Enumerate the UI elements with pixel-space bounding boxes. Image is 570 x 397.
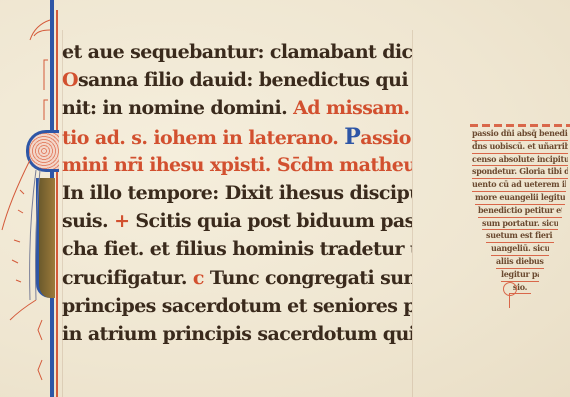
rubric-segment: Ad missam. Sta bbox=[287, 97, 412, 119]
gloss-line: sum portatur. sicut cō bbox=[482, 218, 558, 231]
text-line: Osanna filio dauid: benedictus qui ue bbox=[62, 66, 412, 94]
gloss-line: uento cū ad ueterem illam q̄ bbox=[472, 179, 566, 192]
rubric-initial: O bbox=[62, 69, 78, 91]
red-border-vine bbox=[56, 10, 58, 397]
ruling-line bbox=[412, 30, 413, 397]
text-segment: Tunc congregati sunt bbox=[210, 267, 412, 289]
text-segment: Scitis quia post biduum pas bbox=[135, 210, 412, 232]
rubric-segment: mini nr̄i ihesu xpisti. Sc̄dm matheum. bbox=[62, 154, 412, 176]
gold-border-bar bbox=[36, 178, 55, 298]
text-segment: in atrium principis sacerdotum qui bbox=[62, 323, 412, 345]
gloss-top-border bbox=[470, 124, 570, 127]
rubric-mark: c bbox=[193, 267, 210, 289]
gloss-line: uangeliū. sicut sic bbox=[491, 243, 549, 256]
gloss-line: censo absolute incipitur ñ re bbox=[472, 154, 568, 167]
gloss-line: legitur pas bbox=[501, 269, 539, 282]
text-segment: n illo tempore: Dixit ihesus discipulis bbox=[70, 182, 412, 204]
text-line: mini nr̄i ihesu xpisti. Sc̄dm matheum. bbox=[62, 151, 412, 179]
text-segment: et aue sequebantur: clamabant dicētes. bbox=[62, 41, 412, 63]
dragon-drollery-icon bbox=[26, 130, 59, 172]
rubric-segment: tio ad. s. iohem in laterano. bbox=[62, 127, 344, 149]
text-segment: suis. bbox=[62, 210, 114, 232]
text-line: suis. + Scitis quia post biduum pas bbox=[62, 207, 412, 235]
gloss-line: suetum est fieri ad e bbox=[486, 230, 554, 243]
gloss-line: passio dn̄i absq̄ benedictione bbox=[472, 128, 568, 141]
text-segment: crucifigatur. bbox=[62, 267, 193, 289]
main-text-block: et aue sequebantur: clamabant dicētes. O… bbox=[62, 38, 412, 348]
text-segment: nit: in nomine domini. bbox=[62, 97, 287, 119]
gloss-line: spondetur. Gloria tibi dñe. Pre bbox=[472, 166, 568, 179]
gloss-flourish-icon bbox=[503, 282, 517, 296]
marginal-gloss: passio dn̄i absq̄ benedictione d̄ns uobi… bbox=[472, 128, 568, 294]
cross-mark-icon: + bbox=[114, 210, 135, 232]
text-line: et aue sequebantur: clamabant dicētes. bbox=[62, 38, 412, 66]
manuscript-page: et aue sequebantur: clamabant dicētes. O… bbox=[0, 0, 570, 397]
text-segment: principes sacerdotum et seniores popli bbox=[62, 295, 412, 317]
text-line: crucifigatur. c Tunc congregati sunt bbox=[62, 264, 412, 292]
text-line: cha fiet. et filius hominis tradetur ut bbox=[62, 235, 412, 263]
gloss-line: more euangelii legitur. bbox=[475, 192, 565, 205]
text-line: In illo tempore: Dixit ihesus discipulis bbox=[62, 179, 412, 207]
text-segment: cha fiet. et filius hominis tradetur ut bbox=[62, 238, 412, 260]
text-segment: sanna filio dauid: benedictus qui ue bbox=[78, 69, 412, 91]
blue-decorated-initial: P bbox=[344, 123, 360, 151]
rubric-segment: assio do bbox=[360, 127, 412, 149]
text-line: principes sacerdotum et seniores popli bbox=[62, 292, 412, 320]
text-line: nit: in nomine domini. Ad missam. Sta bbox=[62, 94, 412, 122]
gloss-line: d̄ns uobiscū. et uñarribz et in bbox=[472, 141, 568, 154]
gloss-line: aliis diebus q̄n bbox=[496, 256, 544, 269]
gloss-flourish-stem bbox=[509, 294, 510, 308]
gloss-line: benedictio petitur et incē bbox=[478, 205, 562, 218]
text-line: in atrium principis sacerdotum qui bbox=[62, 320, 412, 348]
text-line: tio ad. s. iohem in laterano. Passio do bbox=[62, 123, 412, 151]
